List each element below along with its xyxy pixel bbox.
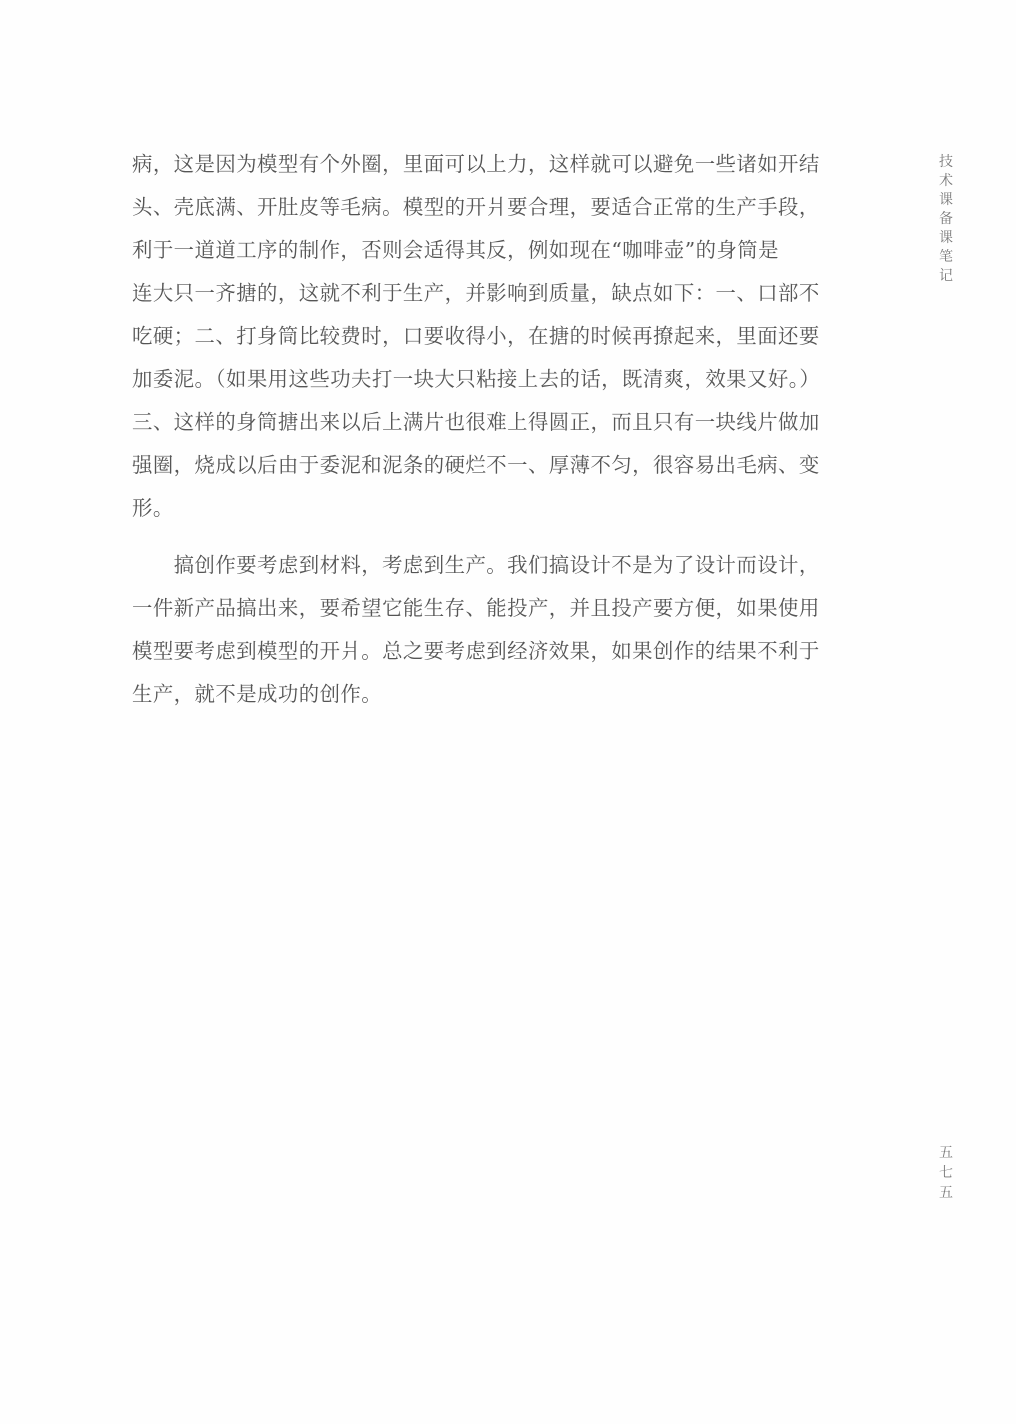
text-line: 搞创作要考虑到材料，考虑到生产。我们搞设计不是为了设计而设计，	[132, 544, 872, 587]
text-line: 利于一道道工序的制作，否则会适得其反，例如现在“咖啡壶”的身筒是	[132, 229, 872, 272]
running-head-char: 记	[936, 267, 956, 286]
text-line: 一件新产品搞出来，要希望它能生存、能投产，并且投产要方便，如果使用	[132, 587, 872, 630]
text-line: 三、这样的身筒搪出来以后上满片也很难上得圆正，而且只有一块线片做加	[132, 401, 872, 444]
text-line: 头、壳底满、开肚皮等毛病。模型的开爿要合理，要适合正常的生产手段，	[132, 186, 872, 229]
running-head-char: 课	[936, 191, 956, 210]
page-number-char: 五	[936, 1143, 956, 1163]
running-head-char: 术	[936, 172, 956, 191]
text-line: 强圈，烧成以后由于委泥和泥条的硬烂不一、厚薄不匀，很容易出毛病、变	[132, 444, 872, 487]
page-number-char: 七	[936, 1163, 956, 1183]
text-line: 连大只一齐搪的，这就不利于生产，并影响到质量，缺点如下：一、口部不	[132, 272, 872, 315]
text-line: 生产，就不是成功的创作。	[132, 673, 872, 716]
text-line: 吃硬；二、打身筒比较费时，口要收得小，在搪的时候再撩起来，里面还要	[132, 315, 872, 358]
paragraph-1: 病，这是因为模型有个外圈，里面可以上力，这样就可以避免一些诸如开结 头、壳底满、…	[132, 143, 872, 530]
text-line: 模型要考虑到模型的开爿。总之要考虑到经济效果，如果创作的结果不利于	[132, 630, 872, 673]
text-line: 加委泥。（如果用这些功夫打一块大只粘接上去的话，既清爽，效果又好。）	[132, 358, 872, 401]
text-line: 病，这是因为模型有个外圈，里面可以上力，这样就可以避免一些诸如开结	[132, 143, 872, 186]
running-head-char: 笔	[936, 248, 956, 267]
page-number: 五 七 五	[936, 1143, 956, 1203]
text-line: 形。	[132, 487, 872, 530]
paragraph-2: 搞创作要考虑到材料，考虑到生产。我们搞设计不是为了设计而设计， 一件新产品搞出来…	[132, 544, 872, 716]
running-head: 技 术 课 备 课 笔 记	[936, 153, 956, 286]
page-number-char: 五	[936, 1183, 956, 1203]
book-page: 病，这是因为模型有个外圈，里面可以上力，这样就可以避免一些诸如开结 头、壳底满、…	[0, 0, 1016, 1424]
running-head-char: 课	[936, 229, 956, 248]
body-text: 病，这是因为模型有个外圈，里面可以上力，这样就可以避免一些诸如开结 头、壳底满、…	[132, 143, 872, 716]
paragraph-spacer	[132, 530, 872, 544]
running-head-char: 技	[936, 153, 956, 172]
running-head-char: 备	[936, 210, 956, 229]
